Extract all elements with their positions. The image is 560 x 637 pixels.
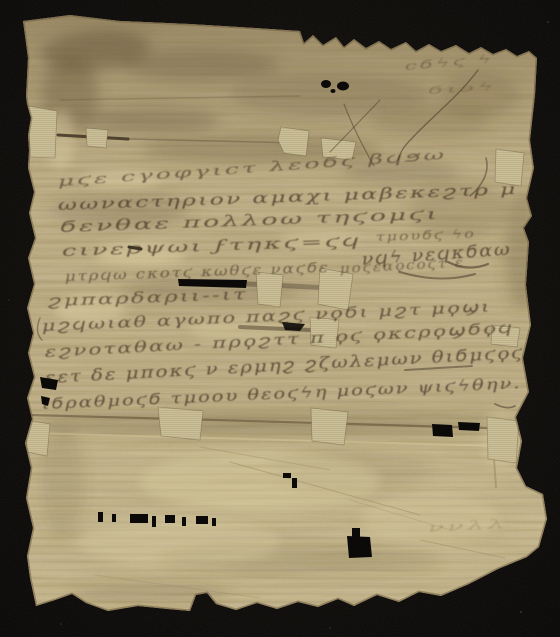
hole: [152, 516, 156, 527]
hole: [112, 514, 116, 522]
tape-patch: [28, 106, 57, 158]
tape-patch: [311, 408, 348, 445]
hole: [98, 512, 103, 522]
tape-patch: [158, 407, 203, 440]
papyrus-photograph: ϲϭϟϛ ϟ ϭι϶ϟ μϛε ϲγοφγιϲτ λεοϭϛ βϥϧω ωωνα…: [0, 0, 560, 637]
hole: [283, 473, 291, 478]
photo-stage: ϲϭϟϛ ϟ ϭι϶ϟ μϛε ϲγοφγιϲτ λεοϭϛ βϥϧω ωωνα…: [0, 0, 560, 637]
hole: [458, 422, 480, 431]
hole: [212, 518, 216, 526]
hole: [347, 536, 372, 558]
hole: [196, 516, 208, 524]
tape-patch: [487, 417, 519, 463]
hole: [165, 515, 175, 523]
hole: [352, 528, 360, 537]
papyrus-fragment: ϲϭϟϛ ϟ ϭι϶ϟ μϛε ϲγοφγιϲτ λεοϭϛ βϥϧω ωωνα…: [0, 0, 560, 637]
hole: [130, 514, 148, 523]
hole: [331, 89, 336, 93]
hole: [432, 424, 453, 437]
hole: [321, 80, 331, 88]
tape-patch: [86, 128, 108, 148]
hole: [337, 82, 349, 91]
hole: [292, 478, 297, 488]
hole: [182, 517, 186, 526]
